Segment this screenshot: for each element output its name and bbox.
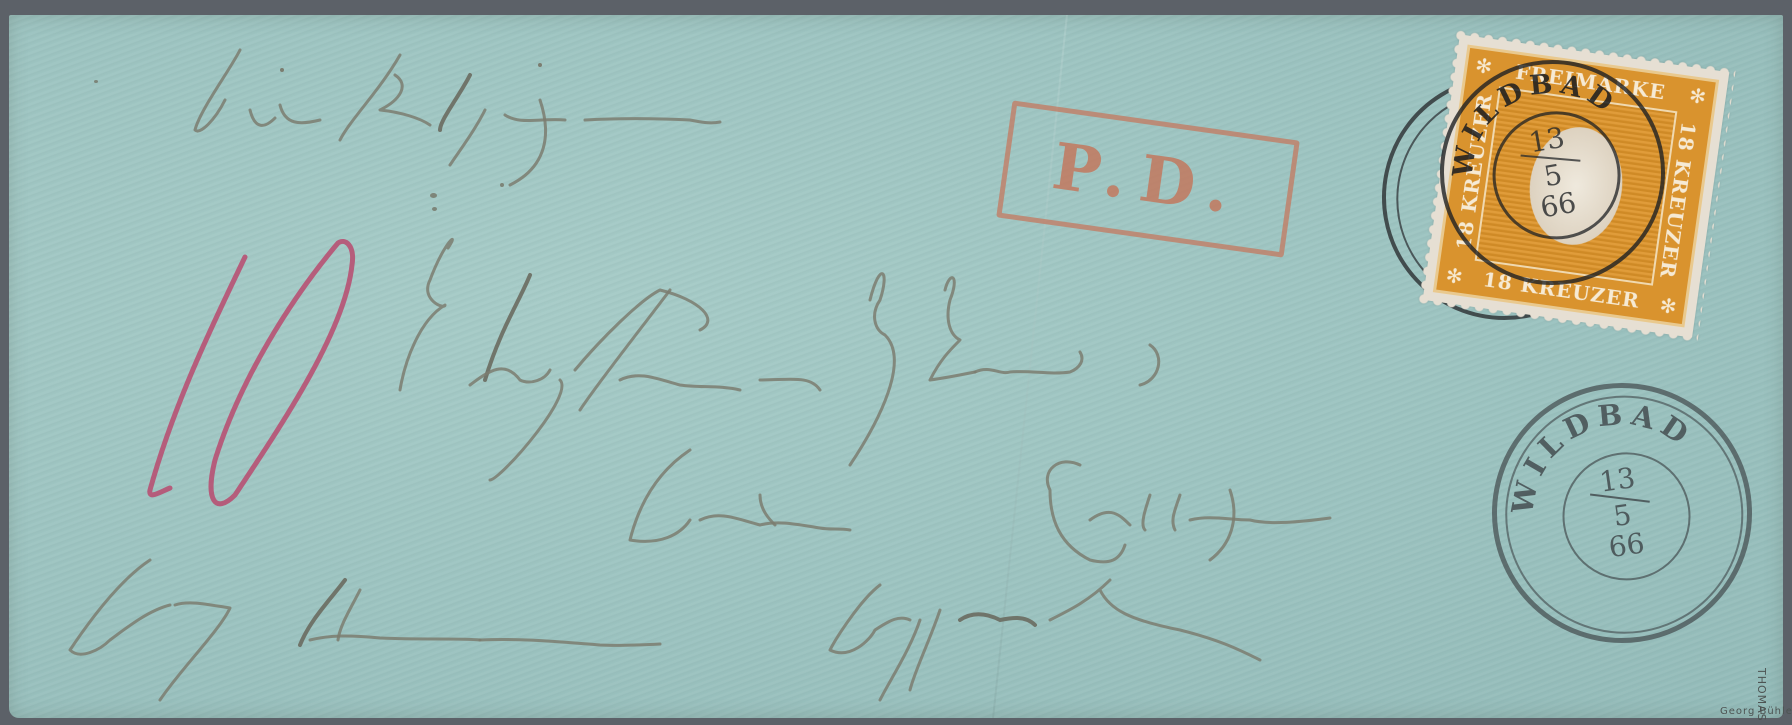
star-ornament-icon: ✻ — [1682, 80, 1714, 112]
imprint-horizontal: Georg Bühler — [1720, 706, 1792, 717]
address-city: Oxford — [900, 640, 903, 641]
address-name: Elystan G. Evans Esq — [450, 330, 461, 331]
address-college: Exeter College — [700, 520, 708, 521]
postmark-on-cover: WILDBAD 13 5 66 — [1475, 366, 1769, 660]
paid-handstamp-text: P.D. — [1048, 129, 1248, 230]
routing-note: via Belgique — [200, 90, 206, 91]
paper-speck — [430, 193, 437, 198]
paper-speck — [500, 183, 504, 187]
paper-speck — [432, 207, 437, 211]
postmark-cancel-ring: WILDBAD 13 5 66 — [1422, 42, 1683, 303]
star-ornament-icon: ✻ — [1652, 290, 1684, 322]
address-country: Angleterre — [150, 630, 155, 631]
charge-mark: 10 — [200, 380, 201, 381]
paper-speck — [94, 80, 98, 83]
